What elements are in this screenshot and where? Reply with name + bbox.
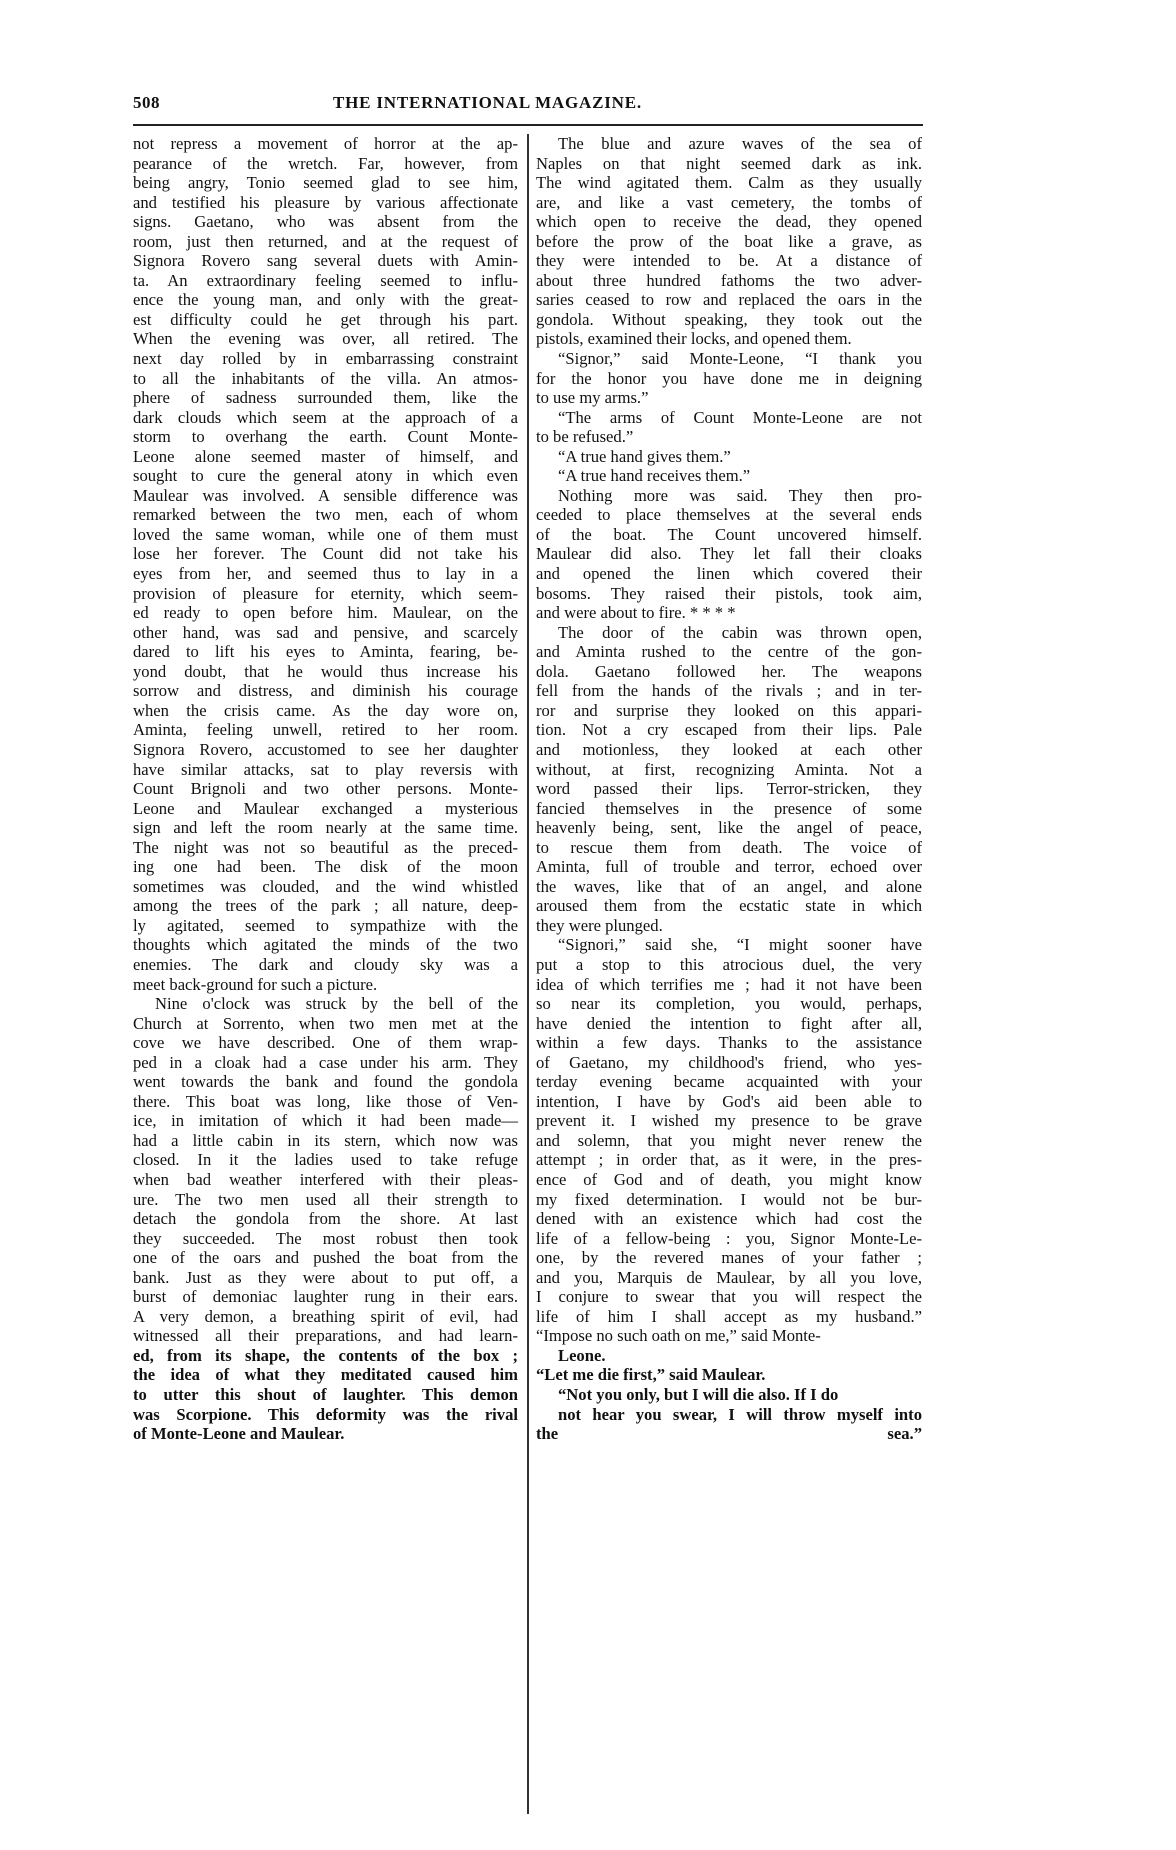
text-line: one of the oars and pushed the boat from… (133, 1248, 518, 1268)
text-line: Church at Sorrento, when two men met at … (133, 1014, 518, 1034)
text-line: ped in a cloak had a case under his arm.… (133, 1053, 518, 1073)
text-line: ence of God and of death, you might know (536, 1170, 922, 1190)
text-line: put a stop to this atrocious duel, the v… (536, 955, 922, 975)
text-line: “Impose no such oath on me,” said Monte- (536, 1326, 922, 1346)
text-line: ta. An extraordinary feeling seemed to i… (133, 271, 518, 291)
left-column: not repress a movement of horror at the … (133, 134, 518, 1444)
text-line: phere of sadness surrounded them, like t… (133, 388, 518, 408)
text-line: which open to receive the dead, they ope… (536, 212, 922, 232)
text-line: closed. In it the ladies used to take re… (133, 1150, 518, 1170)
text-line: when bad weather interfered with their p… (133, 1170, 518, 1190)
text-line: fancied themselves in the presence of so… (536, 799, 922, 819)
text-line: bosoms. They raised their pistols, took … (536, 584, 922, 604)
text-line: without, at first, recognizing Aminta. N… (536, 760, 922, 780)
text-line: thoughts which agitated the minds of the… (133, 935, 518, 955)
text-line: gondola. Without speaking, they took out… (536, 310, 922, 330)
text-line: tion. Not a cry escaped from their lips.… (536, 720, 922, 740)
text-line: Nine o'clock was struck by the bell of t… (133, 994, 518, 1014)
text-line: not hear you swear, I will throw myself … (536, 1405, 922, 1425)
text-line: to all the inhabitants of the villa. An … (133, 369, 518, 389)
page-number: 508 (133, 93, 160, 113)
text-line: and motionless, they looked at each othe… (536, 740, 922, 760)
text-line: other hand, was sad and pensive, and sca… (133, 623, 518, 643)
text-line: pearance of the wretch. Far, however, fr… (133, 154, 518, 174)
text-line: are, and like a vast cemetery, the tombs… (536, 193, 922, 213)
text-line: and you, Marquis de Maulear, by all you … (536, 1268, 922, 1288)
text-line: aroused them from the ecstatic state in … (536, 896, 922, 916)
text-line: heavenly being, sent, like the angel of … (536, 818, 922, 838)
text-line: cove we have described. One of them wrap… (133, 1033, 518, 1053)
text-line: went towards the bank and found the gond… (133, 1072, 518, 1092)
text-line: bank. Just as they were about to put off… (133, 1268, 518, 1288)
text-line: to utter this shout of laughter. This de… (133, 1385, 518, 1405)
text-line: “The arms of Count Monte-Leone are not (536, 408, 922, 428)
text-line: life of him I shall accept as my husband… (536, 1307, 922, 1327)
text-line: dared to lift his eyes to Aminta, fearin… (133, 642, 518, 662)
text-line: Count Brignoli and two other persons. Mo… (133, 779, 518, 799)
text-line: my fixed determination. I would not be b… (536, 1190, 922, 1210)
text-line: ure. The two men used all their strength… (133, 1190, 518, 1210)
text-line: of the boat. The Count uncovered himself… (536, 525, 922, 545)
text-line: “A true hand gives them.” (536, 447, 922, 467)
text-line: to be refused.” (536, 427, 922, 447)
text-line: the idea of what they meditated caused h… (133, 1365, 518, 1385)
text-line: within a few days. Thanks to the assista… (536, 1033, 922, 1053)
column-divider (527, 134, 529, 1814)
text-line: of Gaetano, my childhood's friend, who y… (536, 1053, 922, 1073)
text-line: provision of pleasure for eternity, whic… (133, 584, 518, 604)
text-line: terday evening became acquainted with yo… (536, 1072, 922, 1092)
text-line: sign and left the room nearly at the sam… (133, 818, 518, 838)
text-line: room, just then returned, and at the req… (133, 232, 518, 252)
text-line: storm to overhang the earth. Count Monte… (133, 427, 518, 447)
text-line: The blue and azure waves of the sea of (536, 134, 922, 154)
text-line: Aminta, feeling unwell, retired to her r… (133, 720, 518, 740)
text-line: When the evening was over, all retired. … (133, 329, 518, 349)
text-line: signs. Gaetano, who was absent from the (133, 212, 518, 232)
text-line: Leone alone seemed master of himself, an… (133, 447, 518, 467)
text-line: the waves, like that of an angel, and al… (536, 877, 922, 897)
text-line: burst of demoniac laughter rung in their… (133, 1287, 518, 1307)
text-line: yond doubt, that he would thus increase … (133, 662, 518, 682)
text-line: not repress a movement of horror at the … (133, 134, 518, 154)
text-line: and opened the linen which covered their (536, 564, 922, 584)
text-line: ing one had been. The disk of the moon (133, 857, 518, 877)
text-line: witnessed all their preparations, and ha… (133, 1326, 518, 1346)
text-line: ed, from its shape, the contents of the … (133, 1346, 518, 1366)
text-line: sorrow and distress, and diminish his co… (133, 681, 518, 701)
text-line: dened with an existence which had cost t… (536, 1209, 922, 1229)
text-line: “Not you only, but I will die also. If I… (536, 1385, 922, 1405)
text-line: Maulear was involved. A sensible differe… (133, 486, 518, 506)
text-line: idea of which terrifies me ; had it not … (536, 975, 922, 995)
text-line: there. This boat was long, like those of… (133, 1092, 518, 1112)
text-line: loved the same woman, while one of them … (133, 525, 518, 545)
text-line: Leone. (536, 1346, 922, 1366)
text-line: ed ready to open before him. Maulear, on… (133, 603, 518, 623)
text-line: Leone and Maulear exchanged a mysterious (133, 799, 518, 819)
text-line: and were about to fire. * * * * (536, 603, 922, 623)
text-line: Signora Rovero, accustomed to see her da… (133, 740, 518, 760)
text-line: for the honor you have done me in deigni… (536, 369, 922, 389)
text-line: ror and surprise they looked on this app… (536, 701, 922, 721)
text-line: among the trees of the park ; all nature… (133, 896, 518, 916)
text-line: dark clouds which seem at the approach o… (133, 408, 518, 428)
text-line: and testified his pleasure by various af… (133, 193, 518, 213)
text-line: meet back-ground for such a picture. (133, 975, 518, 995)
text-line: ence the young man, and only with the gr… (133, 290, 518, 310)
text-line: intention, I have by God's aid been able… (536, 1092, 922, 1112)
text-line: Aminta, full of trouble and terror, echo… (536, 857, 922, 877)
text-line: “A true hand receives them.” (536, 466, 922, 486)
right-column: The blue and azure waves of the sea ofNa… (536, 134, 922, 1444)
text-line: prevent it. I wished my presence to be g… (536, 1111, 922, 1131)
text-line: the sea.” (536, 1424, 922, 1444)
text-line: so near its completion, you would, perha… (536, 994, 922, 1014)
text-line: dola. Gaetano followed her. The weapons (536, 662, 922, 682)
text-line: eyes from her, and seemed thus to lay in… (133, 564, 518, 584)
page-header: 508 THE INTERNATIONAL MAGAZINE. (133, 93, 923, 117)
text-line: remarked between the two men, each of wh… (133, 505, 518, 525)
text-line: The door of the cabin was thrown open, (536, 623, 922, 643)
text-line: to use my arms.” (536, 388, 922, 408)
text-line: Maulear did also. They let fall their cl… (536, 544, 922, 564)
text-line: The night was not so beautiful as the pr… (133, 838, 518, 858)
running-title: THE INTERNATIONAL MAGAZINE. (333, 93, 773, 113)
text-line: Nothing more was said. They then pro- (536, 486, 922, 506)
text-line: sought to cure the general atony in whic… (133, 466, 518, 486)
text-line: pistols, examined their locks, and opene… (536, 329, 922, 349)
text-line: The wind agitated them. Calm as they usu… (536, 173, 922, 193)
text-line: before the prow of the boat like a grave… (536, 232, 922, 252)
text-line: to rescue them from death. The voice of (536, 838, 922, 858)
text-line: A very demon, a breathing spirit of evil… (133, 1307, 518, 1327)
text-line: ly agitated, seemed to sympathize with t… (133, 916, 518, 936)
text-line: being angry, Tonio seemed glad to see hi… (133, 173, 518, 193)
text-line: lose her forever. The Count did not take… (133, 544, 518, 564)
text-line: they succeeded. The most robust then too… (133, 1229, 518, 1249)
text-line: enemies. The dark and cloudy sky was a (133, 955, 518, 975)
text-line: est difficulty could he get through his … (133, 310, 518, 330)
text-line: and solemn, that you might never renew t… (536, 1131, 922, 1151)
text-line: have similar attacks, sat to play revers… (133, 760, 518, 780)
text-line: and Aminta rushed to the centre of the g… (536, 642, 922, 662)
header-rule (133, 124, 923, 126)
text-line: word passed their lips. Terror-stricken,… (536, 779, 922, 799)
text-line: I conjure to swear that you will respect… (536, 1287, 922, 1307)
text-line: when the crisis came. As the day wore on… (133, 701, 518, 721)
text-line: attempt ; in order that, as it were, in … (536, 1150, 922, 1170)
text-line: life of a fellow-being : you, Signor Mon… (536, 1229, 922, 1249)
text-line: was Scorpione. This deformity was the ri… (133, 1405, 518, 1425)
text-line: “Signor,” said Monte-Leone, “I thank you (536, 349, 922, 369)
text-line: detach the gondola from the shore. At la… (133, 1209, 518, 1229)
text-line: saries ceased to row and replaced the oa… (536, 290, 922, 310)
text-line: they were plunged. (536, 916, 922, 936)
text-line: Signora Rovero sang several duets with A… (133, 251, 518, 271)
text-line: about three hundred fathoms the two adve… (536, 271, 922, 291)
text-line: have denied the intention to fight after… (536, 1014, 922, 1034)
text-line: of Monte-Leone and Maulear. (133, 1424, 518, 1444)
text-line: they were intended to be. At a distance … (536, 251, 922, 271)
text-line: ice, in imitation of which it had been m… (133, 1111, 518, 1131)
text-line: next day rolled by in embarrassing const… (133, 349, 518, 369)
text-line: had a little cabin in its stern, which n… (133, 1131, 518, 1151)
text-line: sometimes was clouded, and the wind whis… (133, 877, 518, 897)
text-line: “Signori,” said she, “I might sooner hav… (536, 935, 922, 955)
text-line: ceeded to place themselves at the severa… (536, 505, 922, 525)
text-line: one, by the revered manes of your father… (536, 1248, 922, 1268)
text-line: Naples on that night seemed dark as ink. (536, 154, 922, 174)
text-line: “Let me die first,” said Maulear. (536, 1365, 922, 1385)
text-line: fell from the hands of the rivals ; and … (536, 681, 922, 701)
